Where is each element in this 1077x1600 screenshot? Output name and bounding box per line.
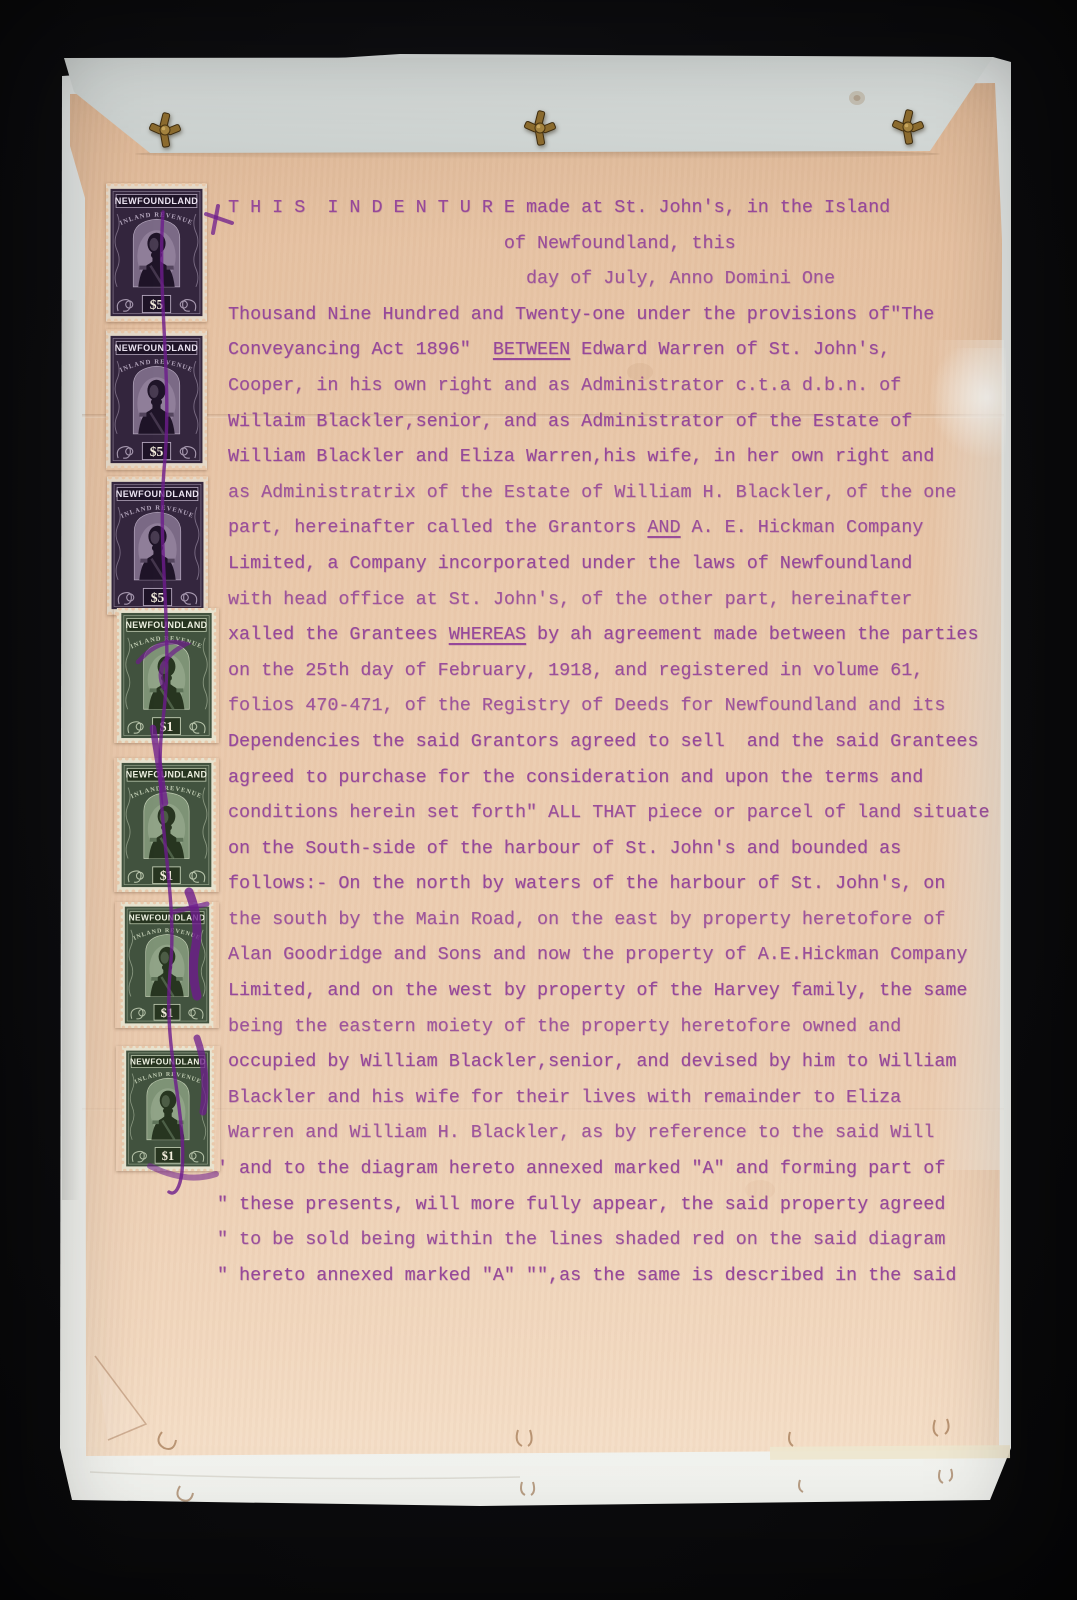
typed-segment: day of July, Anno Domini One — [526, 268, 835, 289]
typed-segment: occupied by William Blackler,senior, and… — [228, 1051, 956, 1072]
revenue-stamp: NEWFOUNDLAND INLAND REVENUE $1 — [115, 902, 219, 1028]
document-line: Dependencies the said Grantors agreed to… — [228, 724, 1028, 760]
stamp-country-label: NEWFOUNDLAND — [126, 770, 208, 780]
typed-segment: William Blackler and Eliza Warren,his wi… — [228, 446, 934, 467]
stamp-denomination-label: $1 — [160, 868, 173, 883]
stamp-country-label: NEWFOUNDLAND — [115, 196, 199, 206]
typed-segment: Dependencies the said Grantors agreed to… — [228, 731, 978, 752]
document-line: Blackler and his wife for their lives wi… — [228, 1080, 1028, 1116]
typed-segment: the south by the Main Road, on the east … — [228, 909, 945, 930]
document-line: of Newfoundland, this — [504, 226, 1028, 262]
stamp-graphic: NEWFOUNDLAND INLAND REVENUE $1 — [115, 902, 219, 1028]
document-line: " hereto annexed marked "A" "",as the sa… — [217, 1258, 1028, 1294]
typed-segment: " to be sold being within the lines shad… — [217, 1229, 945, 1250]
document-line: folios 470-471, of the Registry of Deeds… — [228, 688, 1028, 724]
typed-segment: Limited, a Company incorporated under th… — [228, 553, 912, 574]
stamp-country-label: NEWFOUNDLAND — [125, 620, 207, 630]
typed-segment: follows:- On the north by waters of the … — [228, 873, 945, 894]
stamp-graphic: NEWFOUNDLAND INLAND REVENUE $1 — [116, 1046, 220, 1171]
typed-segment: conditions herein set forth" ALL THAT pi… — [228, 802, 990, 823]
king-george-portrait-icon — [133, 366, 179, 434]
brass-fastener-icon — [891, 108, 925, 146]
document-line: ' and to the diagram hereto annexed mark… — [217, 1151, 1028, 1187]
document-line: Limited, a Company incorporated under th… — [228, 546, 1028, 582]
revenue-stamp: NEWFOUNDLAND INLAND REVENUE $1 — [116, 1046, 220, 1171]
typed-segment: A. E. Hickman Company — [680, 517, 923, 538]
document-line: Warren and William H. Blackler, as by re… — [228, 1115, 1028, 1151]
king-george-portrait-icon — [144, 792, 189, 858]
document-line: follows:- On the north by waters of the … — [228, 866, 1028, 902]
typed-segment: of Newfoundland, this — [504, 233, 736, 254]
typed-segment: part, hereinafter called the Grantors — [228, 517, 647, 538]
document-line: agreed to purchase for the consideration… — [228, 760, 1028, 796]
revenue-stamp: NEWFOUNDLAND INLAND REVENUE $1 — [114, 608, 219, 743]
document-line: conditions herein set forth" ALL THAT pi… — [228, 795, 1028, 831]
stamp-denomination: $1 — [153, 867, 181, 884]
typed-segment: " hereto annexed marked "A" "",as the sa… — [217, 1265, 956, 1286]
stamp-graphic: NEWFOUNDLAND INLAND REVENUE $5 — [106, 329, 207, 470]
stamp-graphic: NEWFOUNDLAND INLAND REVENUE $1 — [114, 608, 219, 743]
revenue-stamp: NEWFOUNDLAND INLAND REVENUE $5 — [107, 476, 208, 615]
document-line: William Blackler and Eliza Warren,his wi… — [228, 439, 1028, 475]
document-line: Conveyancing Act 1896" BETWEEN Edward Wa… — [228, 332, 1028, 368]
document-line: xalled the Grantees WHEREAS by ah agreem… — [228, 617, 1028, 653]
stamp-denomination: $5 — [142, 295, 170, 312]
king-george-portrait-icon — [144, 643, 190, 710]
brass-fastener-icon — [523, 109, 557, 147]
document-line: with head office at St. John's, of the o… — [228, 582, 1028, 618]
stamp-graphic: NEWFOUNDLAND INLAND REVENUE $1 — [114, 758, 219, 892]
document-line: Limited, and on the west by property of … — [228, 973, 1028, 1009]
stamp-denomination-label: $1 — [160, 719, 173, 734]
underlined-word: BETWEEN — [493, 339, 570, 360]
typed-segment: on the South-side of the harbour of St. … — [228, 838, 901, 859]
photo-background: NEWFOUNDLAND INLAND REVENUE $5 NEWFOUNDL… — [0, 0, 1077, 1600]
document-line: Cooper, in his own right and as Administ… — [228, 368, 1028, 404]
typed-segment: Cooper, in his own right and as Administ… — [228, 375, 901, 396]
document-line: on the South-side of the harbour of St. … — [228, 831, 1028, 867]
typed-segment: xalled the Grantees — [228, 624, 449, 645]
stamp-denomination-label: $5 — [151, 590, 165, 605]
typed-segment: by ah agreement made between the parties — [526, 624, 978, 645]
revenue-stamp: NEWFOUNDLAND INLAND REVENUE $5 — [106, 183, 207, 322]
stamp-denomination-label: $1 — [162, 1149, 174, 1163]
typed-segment: ' and to the diagram hereto annexed mark… — [217, 1158, 945, 1179]
stamp-denomination: $1 — [154, 1004, 180, 1020]
stamp-country-label: NEWFOUNDLAND — [130, 1057, 206, 1066]
stamp-denomination: $1 — [153, 718, 181, 735]
king-george-portrait-icon — [134, 512, 180, 580]
document-line: on the 25th day of February, 1918, and r… — [228, 653, 1028, 689]
typed-segment: as Administratrix of the Estate of Willi… — [228, 482, 956, 503]
stamp-denomination: $5 — [142, 442, 170, 459]
typed-segment: Warren and William H. Blackler, as by re… — [228, 1122, 934, 1143]
stamp-denomination-label: $5 — [150, 444, 164, 459]
typed-segment: with head office at St. John's, of the o… — [228, 589, 912, 610]
typed-segment: on the 25th day of February, 1918, and r… — [228, 660, 923, 681]
document-line: T H I S I N D E N T U R E made at St. Jo… — [228, 190, 1028, 226]
king-george-portrait-icon — [133, 219, 179, 287]
document-line: occupied by William Blackler,senior, and… — [228, 1044, 1028, 1080]
underlined-word: AND — [647, 517, 680, 538]
typed-segment: Alan Goodridge and Sons and now the prop… — [228, 944, 967, 965]
document-line: " to be sold being within the lines shad… — [217, 1222, 1028, 1258]
stamp-country-label: NEWFOUNDLAND — [129, 913, 206, 923]
typed-segment: Blackler and his wife for their lives wi… — [228, 1087, 901, 1108]
king-george-portrait-icon — [146, 934, 189, 996]
document-line: the south by the Main Road, on the east … — [228, 902, 1028, 938]
typed-segment: Limited, and on the west by property of … — [228, 980, 967, 1001]
stamp-country-label: NEWFOUNDLAND — [116, 489, 200, 499]
document-line: part, hereinafter called the Grantors AN… — [228, 510, 1028, 546]
stamp-denomination-label: $1 — [161, 1006, 174, 1020]
underlined-word: WHEREAS — [449, 624, 526, 645]
stamp-graphic: NEWFOUNDLAND INLAND REVENUE $5 — [106, 183, 207, 322]
document-line: day of July, Anno Domini One — [526, 261, 1028, 297]
brass-fastener-icon — [148, 111, 182, 149]
typed-segment: Willaim Blackler,senior, and as Administ… — [228, 411, 912, 432]
typed-segment: being the eastern moiety of the property… — [228, 1016, 901, 1037]
typed-text-block: T H I S I N D E N T U R E made at St. Jo… — [228, 190, 1028, 1293]
document-line: Willaim Blackler,senior, and as Administ… — [228, 404, 1028, 440]
document-line: Thousand Nine Hundred and Twenty-one und… — [228, 297, 1028, 333]
stamp-denomination-label: $5 — [150, 297, 164, 312]
stamp-denomination: $5 — [143, 588, 171, 605]
stamp-country-label: NEWFOUNDLAND — [115, 343, 199, 353]
revenue-stamp: NEWFOUNDLAND INLAND REVENUE $1 — [114, 758, 219, 892]
document-line: " these presents, will more fully appear… — [217, 1187, 1028, 1223]
document-line: Alan Goodridge and Sons and now the prop… — [228, 937, 1028, 973]
revenue-stamp: NEWFOUNDLAND INLAND REVENUE $5 — [106, 329, 207, 470]
typed-segment: " these presents, will more fully appear… — [217, 1194, 945, 1215]
document-line: as Administratrix of the Estate of Willi… — [228, 475, 1028, 511]
typed-segment: Edward Warren of St. John's, — [570, 339, 890, 360]
typed-segment: Thousand Nine Hundred and Twenty-one und… — [228, 304, 934, 325]
typed-segment: agreed to purchase for the consideration… — [228, 767, 923, 788]
typed-segment: T H I S I N D E N T U R E made at St. Jo… — [228, 197, 890, 218]
typed-segment: folios 470-471, of the Registry of Deeds… — [228, 695, 945, 716]
stamp-denomination: $1 — [155, 1148, 181, 1164]
document-line: being the eastern moiety of the property… — [228, 1009, 1028, 1045]
typed-segment: Conveyancing Act 1896" — [228, 339, 493, 360]
stamp-graphic: NEWFOUNDLAND INLAND REVENUE $5 — [107, 476, 208, 615]
king-george-portrait-icon — [147, 1078, 189, 1140]
